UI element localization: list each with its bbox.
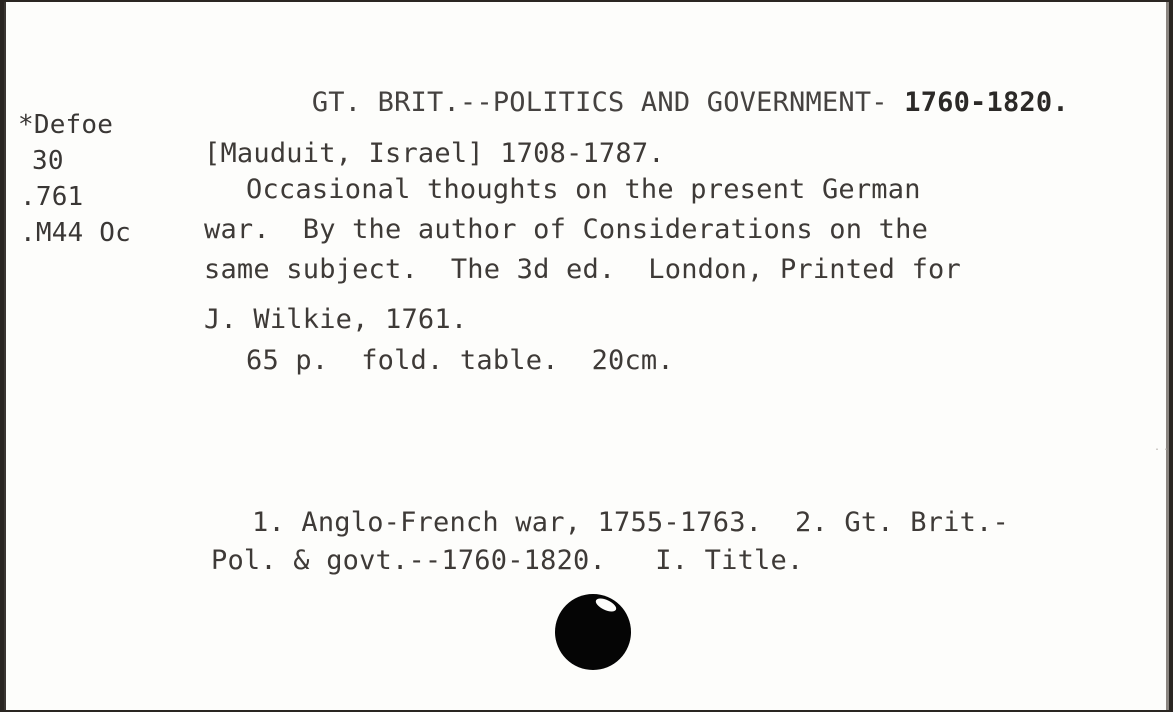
tracing-line-2: Pol. & govt.--1760-1820. I. Title. (211, 547, 803, 574)
catalog-card: GT. BRIT.--POLITICS AND GOVERNMENT- 1760… (4, 2, 1169, 710)
edge-mark: ... (1154, 442, 1173, 453)
title-line-1: Occasional thoughts on the present Germa… (246, 176, 921, 203)
call-number-line-4: .M44 Oc (20, 220, 131, 246)
tracing-line-1: 1. Anglo-French war, 1755-1763. 2. Gt. B… (252, 509, 1009, 536)
subject-heading: GT. BRIT.--POLITICS AND GOVERNMENT- 1760… (246, 62, 1069, 143)
author-line: [Mauduit, Israel] 1708-1787. (204, 140, 665, 167)
call-number-line-1: *Defoe (18, 112, 113, 138)
punch-hole (555, 594, 631, 670)
title-line-2: war. By the author of Considerations on … (204, 216, 928, 243)
call-number-line-2: 30 (32, 148, 64, 174)
subject-heading-text: GT. BRIT.--POLITICS AND GOVERNMENT- (312, 87, 904, 118)
subject-heading-dates: 1760-1820. (904, 87, 1069, 118)
title-line-4: J. Wilkie, 1761. (204, 306, 467, 333)
collation: 65 p. fold. table. 20cm. (246, 347, 674, 374)
title-line-3: same subject. The 3d ed. London, Printed… (204, 256, 961, 283)
call-number-line-3: .761 (20, 184, 83, 210)
